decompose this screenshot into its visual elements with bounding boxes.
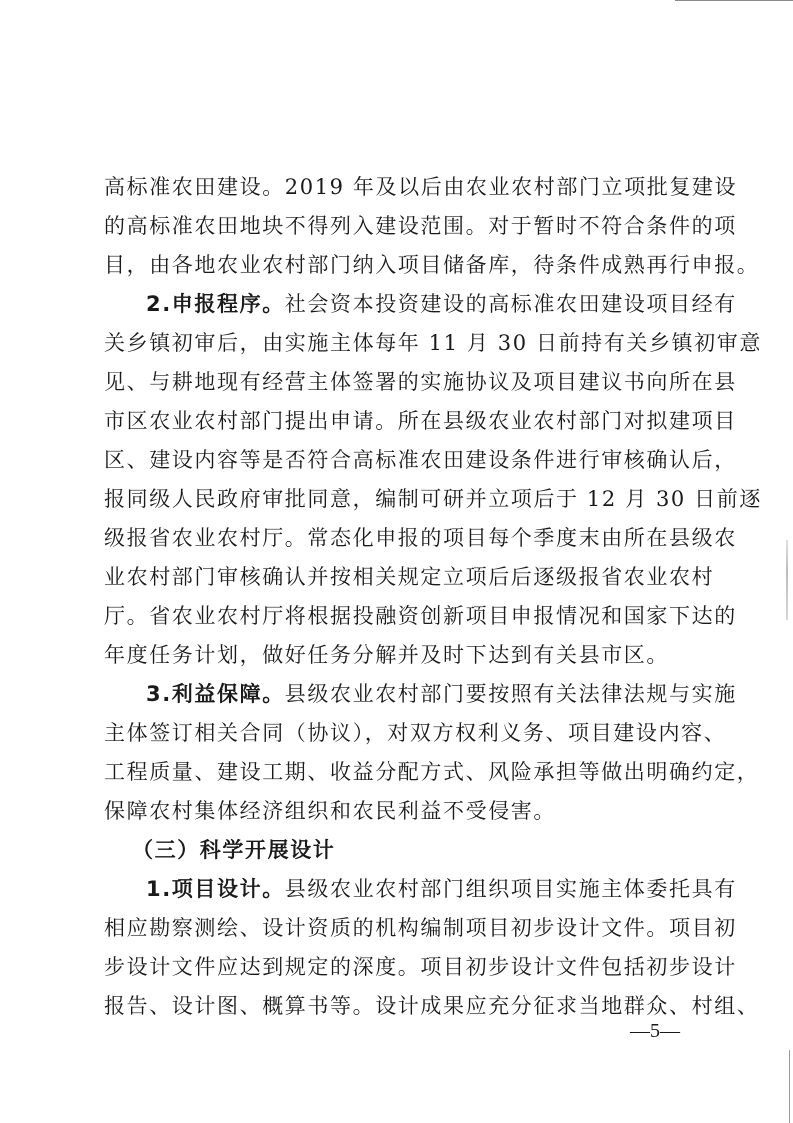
paragraph-line: 相应勘察测绘、设计资质的机构编制项目初步设计文件。项目初 — [104, 909, 694, 948]
paragraph-line: 厅。省农业农村厅将根据投融资创新项目申报情况和国家下达的 — [104, 597, 694, 636]
document-page: 高标准农田建设。2019 年及以后由农业农村部门立项批复建设 的高标准农田地块不… — [0, 0, 793, 1123]
subsection-title: 2.申报程序。 — [146, 292, 285, 316]
scan-margin-mark — [786, 540, 788, 620]
paragraph-line: 区、建设内容等是否符合高标准农田建设条件进行审核确认后， — [104, 441, 694, 480]
paragraph-line: 业农村部门审核确认并按相关规定立项后后逐级报省农业农村 — [104, 558, 694, 597]
scan-edge-mark — [675, 0, 793, 1]
paragraph-line: 报同级人民政府审批同意，编制可研并立项后于 12 月 30 日前逐 — [104, 480, 694, 519]
paragraph-line: 见、与耕地现有经营主体签署的实施协议及项目建议书向所在县 — [104, 363, 694, 402]
paragraph-line: 主体签订相关合同（协议），对双方权利义务、项目建设内容、 — [104, 714, 694, 753]
paragraph-line-last: 保障农村集体经济组织和农民利益不受侵害。 — [104, 792, 694, 831]
subsection-title: 3.利益保障。 — [146, 682, 285, 706]
paragraph-line: 目，由各地农业农村部门纳入项目储备库，待条件成熟再行申报。 — [104, 246, 694, 285]
paragraph-line: 关乡镇初审后，由实施主体每年 11 月 30 日前持有关乡镇初审意 — [104, 324, 694, 363]
paragraph-line: 报告、设计图、概算书等。设计成果应充分征求当地群众、村组、 — [104, 987, 694, 1026]
page-number: —5— — [630, 1020, 680, 1043]
paragraph-line: 步设计文件应达到规定的深度。项目初步设计文件包括初步设计 — [104, 948, 694, 987]
subsection-line-project-design: 1.项目设计。县级农业农村部门组织项目实施主体委托具有 — [104, 870, 694, 909]
paragraph-line: 级报省农业农村厅。常态化申报的项目每个季度末由所在县级农 — [104, 519, 694, 558]
scan-edge-line — [789, 1050, 790, 1123]
paragraph-line: 高标准农田建设。2019 年及以后由农业农村部门立项批复建设 — [104, 168, 694, 207]
subsection-line-benefit-protection: 3.利益保障。县级农业农村部门要按照有关法律法规与实施 — [104, 675, 694, 714]
paragraph-line: 的高标准农田地块不得列入建设范围。对于暂时不符合条件的项 — [104, 207, 694, 246]
paragraph-line: 工程质量、建设工期、收益分配方式、风险承担等做出明确约定， — [104, 753, 694, 792]
paragraph-line: 市区农业农村部门提出申请。所在县级农业农村部门对拟建项目 — [104, 402, 694, 441]
paragraph-line-last: 年度任务计划，做好任务分解并及时下达到有关县市区。 — [104, 636, 694, 675]
subsection-line-application-procedure: 2.申报程序。社会资本投资建设的高标准农田建设项目经有 — [104, 285, 694, 324]
body-text: 高标准农田建设。2019 年及以后由农业农村部门立项批复建设 的高标准农田地块不… — [104, 168, 694, 1026]
section-heading: （三）科学开展设计 — [104, 831, 694, 870]
subsection-title: 1.项目设计。 — [146, 877, 285, 901]
